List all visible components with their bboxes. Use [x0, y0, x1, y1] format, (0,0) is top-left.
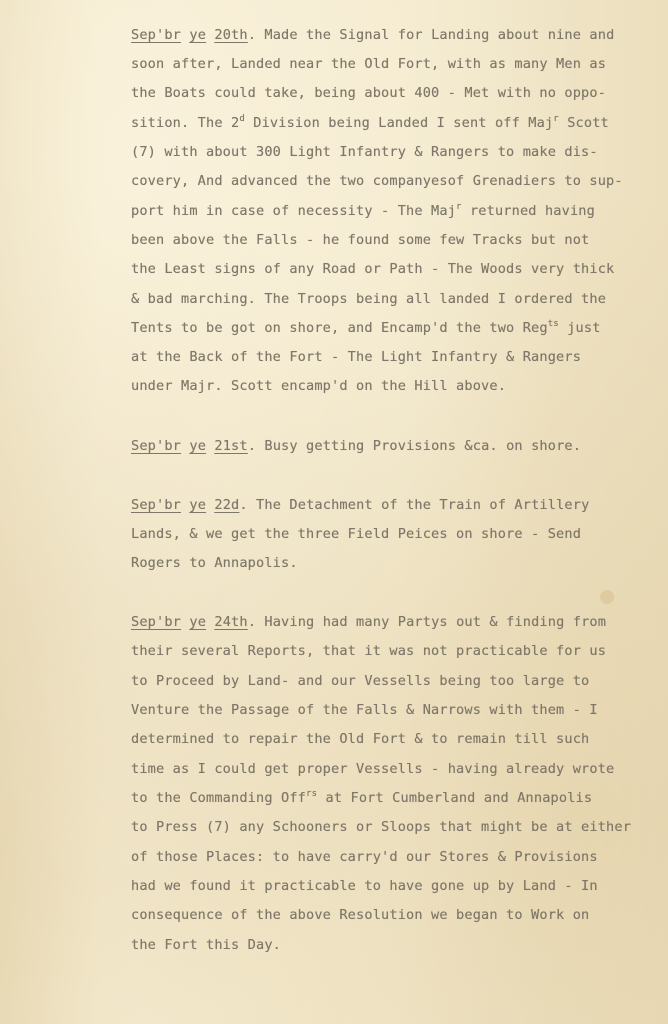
- entry-text: . Made the Signal for Landing about nine…: [248, 27, 615, 43]
- entry-date-month: Sep'br: [131, 438, 181, 454]
- entry-20th-line-10: & bad marching. The Troops being all lan…: [131, 290, 606, 308]
- entry-20th-line-7: port him in case of necessity - The Majr…: [131, 202, 595, 220]
- entry-24th-line-1: Sep'br ye 24th. Having had many Partys o…: [131, 613, 606, 631]
- entry-24th-line-12: the Fort this Day.: [131, 936, 281, 954]
- entry-24th-line-10: had we found it practicable to have gone…: [131, 877, 598, 895]
- superscript: ts: [548, 319, 559, 329]
- entry-20th-line-12: at the Back of the Fort - The Light Infa…: [131, 348, 581, 366]
- entry-date-month: Sep'br: [131, 614, 181, 630]
- entry-20th-line-3: the Boats could take, being about 400 - …: [131, 84, 606, 102]
- entry-20th-line-6: covery, And advanced the two companyesof…: [131, 172, 623, 190]
- entry-24th-line-3: to Proceed by Land- and our Vessells bei…: [131, 672, 589, 690]
- entry-date-month: Sep'br: [131, 497, 181, 513]
- entry-22d-line-1: Sep'br ye 22d. The Detachment of the Tra…: [131, 496, 589, 514]
- entry-text: . Having had many Partys out & finding f…: [248, 614, 606, 630]
- line-text: Tents to be got on shore, and Encamp'd t…: [131, 320, 548, 336]
- entry-date-ye: ye: [189, 438, 206, 454]
- entry-20th-line-2: soon after, Landed near the Old Fort, wi…: [131, 55, 606, 73]
- entry-24th-line-6: time as I could get proper Vessells - ha…: [131, 760, 614, 778]
- entry-24th-line-7: to the Commanding Offrs at Fort Cumberla…: [131, 789, 592, 807]
- entry-20th-line-8: been above the Falls - he found some few…: [131, 231, 589, 249]
- entry-date-day: 24th: [214, 614, 247, 630]
- entry-date-ye: ye: [189, 27, 206, 43]
- line-text: port him in case of necessity - The Maj: [131, 203, 456, 219]
- line-text: sition. The 2: [131, 115, 239, 131]
- entry-20th-line-4: sition. The 2d Division being Landed I s…: [131, 114, 609, 132]
- entry-20th-line-9: the Least signs of any Road or Path - Th…: [131, 260, 614, 278]
- line-text: returned having: [462, 203, 595, 219]
- entry-24th-line-9: of those Places: to have carry'd our Sto…: [131, 848, 598, 866]
- line-text: just: [559, 320, 601, 336]
- entry-date-month: Sep'br: [131, 27, 181, 43]
- entry-24th-line-8: to Press (7) any Schooners or Sloops tha…: [131, 818, 631, 836]
- entry-date-ye: ye: [189, 497, 206, 513]
- entry-24th-line-11: consequence of the above Resolution we b…: [131, 906, 589, 924]
- entry-20th-line-1: Sep'br ye 20th. Made the Signal for Land…: [131, 26, 614, 44]
- entry-text: . Busy getting Provisions &ca. on shore.: [248, 438, 581, 454]
- entry-date-ye: ye: [189, 614, 206, 630]
- line-text: to the Commanding Off: [131, 790, 306, 806]
- entry-20th-line-5: (7) with about 300 Light Infantry & Rang…: [131, 143, 598, 161]
- superscript: rs: [306, 789, 317, 799]
- paper-stain: [600, 590, 614, 604]
- entry-24th-line-4: Venture the Passage of the Falls & Narro…: [131, 701, 598, 719]
- entry-20th-line-13: under Majr. Scott encamp'd on the Hill a…: [131, 377, 506, 395]
- entry-date-day: 20th: [214, 27, 247, 43]
- entry-20th-line-11: Tents to be got on shore, and Encamp'd t…: [131, 319, 601, 337]
- line-text: Division being Landed I sent off Maj: [245, 115, 553, 131]
- entry-22d-line-3: Rogers to Annapolis.: [131, 554, 298, 572]
- entry-24th-line-2: their several Reports, that it was not p…: [131, 642, 606, 660]
- line-text: at Fort Cumberland and Annapolis: [317, 790, 592, 806]
- entry-date-day: 21st: [214, 438, 247, 454]
- line-text: Scott: [559, 115, 609, 131]
- entry-22d-line-2: Lands, & we get the three Field Peices o…: [131, 525, 581, 543]
- typewritten-page: Sep'br ye 20th. Made the Signal for Land…: [0, 0, 668, 1024]
- entry-text: . The Detachment of the Train of Artille…: [239, 497, 589, 513]
- entry-21st-line-1: Sep'br ye 21st. Busy getting Provisions …: [131, 437, 581, 455]
- entry-date-day: 22d: [214, 497, 239, 513]
- entry-24th-line-5: determined to repair the Old Fort & to r…: [131, 730, 589, 748]
